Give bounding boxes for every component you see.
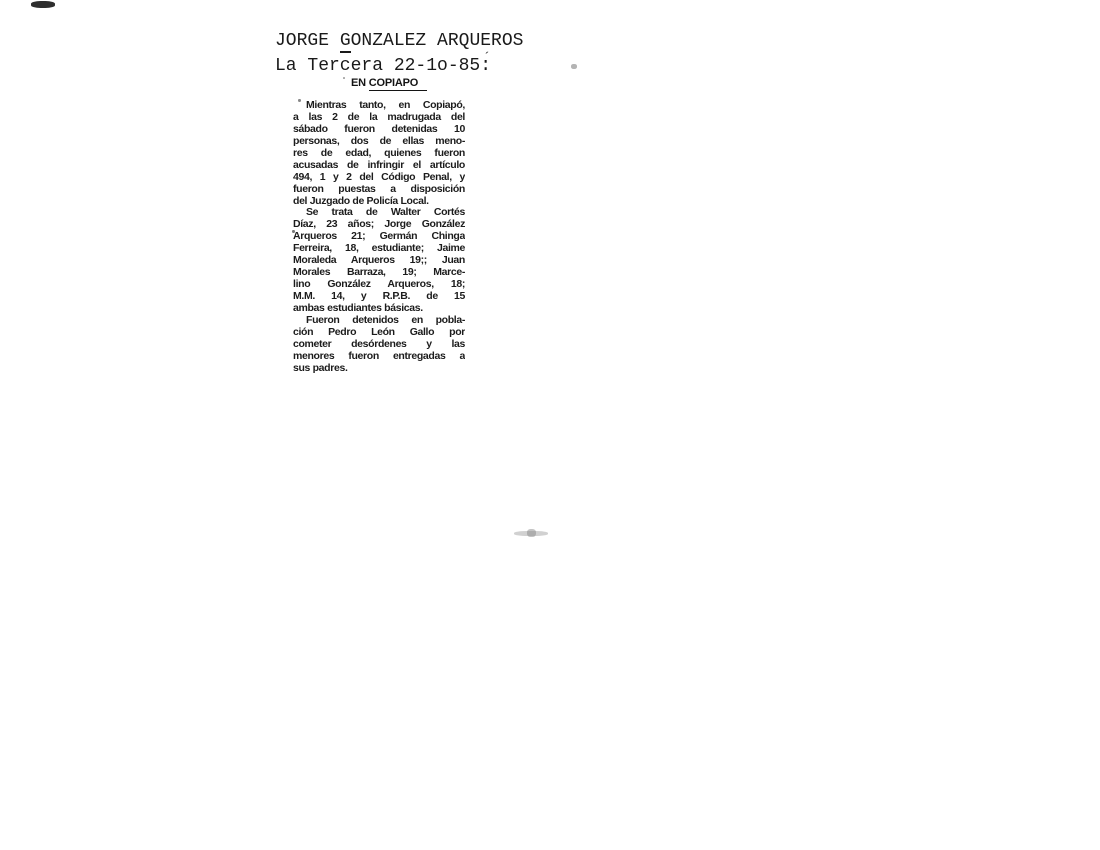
article-line: Fueron detenidos en pobla- — [293, 315, 465, 327]
article-line: Morales Barraza, 19; Marce- — [293, 267, 465, 279]
article-column: Mientras tanto, en Copiapó,a las 2 de la… — [293, 100, 465, 375]
article-line: ción Pedro León Gallo por — [293, 327, 465, 339]
byline: JORGE GONZALEZ ARQUEROS — [275, 31, 523, 51]
article-line: personas, dos de ellas meno- — [293, 136, 465, 148]
article-line: ambas estudiantes básicas. — [293, 303, 465, 315]
article-line: lino González Arqueros, 18; — [293, 279, 465, 291]
headline: EN COPIAPO — [351, 77, 427, 89]
article-line: Mientras tanto, en Copiapó, — [293, 100, 465, 112]
scan-artifact — [527, 529, 536, 537]
scanned-document-page: JORGE GONZALEZ ARQUEROS La Tercera 22-1o… — [0, 0, 1100, 850]
scan-accent-mark: ´ — [483, 50, 491, 65]
byline-underlined-letter: G — [340, 31, 351, 53]
byline-text-pre: JORGE — [275, 31, 340, 51]
article-line: Moraleda Arqueros 19;; Juan — [293, 255, 465, 267]
scan-artifact — [571, 64, 577, 69]
scan-artifact — [298, 99, 301, 102]
headline-underlined-word: COPIAPO — [369, 77, 427, 91]
article-line: sus padres. — [293, 363, 465, 375]
article-line: acusadas de infringir el artículo — [293, 160, 465, 172]
article-line: Se trata de Walter Cortés — [293, 207, 465, 219]
article-line: res de edad, quienes fueron — [293, 148, 465, 160]
article-line: M.M. 14, y R.P.B. de 15 — [293, 291, 465, 303]
article-line: Ferreira, 18, estudiante; Jaime — [293, 243, 465, 255]
article-line: Díaz, 23 años; Jorge González — [293, 219, 465, 231]
source-line: La Tercera 22-1o-85: — [275, 56, 491, 76]
article-line: 494, 1 y 2 del Código Penal, y — [293, 172, 465, 184]
scan-artifact — [31, 1, 55, 8]
article-line: cometer desórdenes y las — [293, 339, 465, 351]
headline-prefix: EN — [351, 77, 369, 89]
scan-artifact — [343, 77, 345, 79]
article-line: sábado fueron detenidas 10 — [293, 124, 465, 136]
scan-artifact — [292, 230, 295, 233]
article-line: fueron puestas a disposición — [293, 184, 465, 196]
article-line: menores fueron entregadas a — [293, 351, 465, 363]
article-line: Arqueros 21; Germán Chinga — [293, 231, 465, 243]
byline-text-post: ONZALEZ ARQUEROS — [351, 31, 524, 51]
article-line: del Juzgado de Policía Local. — [293, 196, 465, 208]
article-line: a las 2 de la madrugada del — [293, 112, 465, 124]
